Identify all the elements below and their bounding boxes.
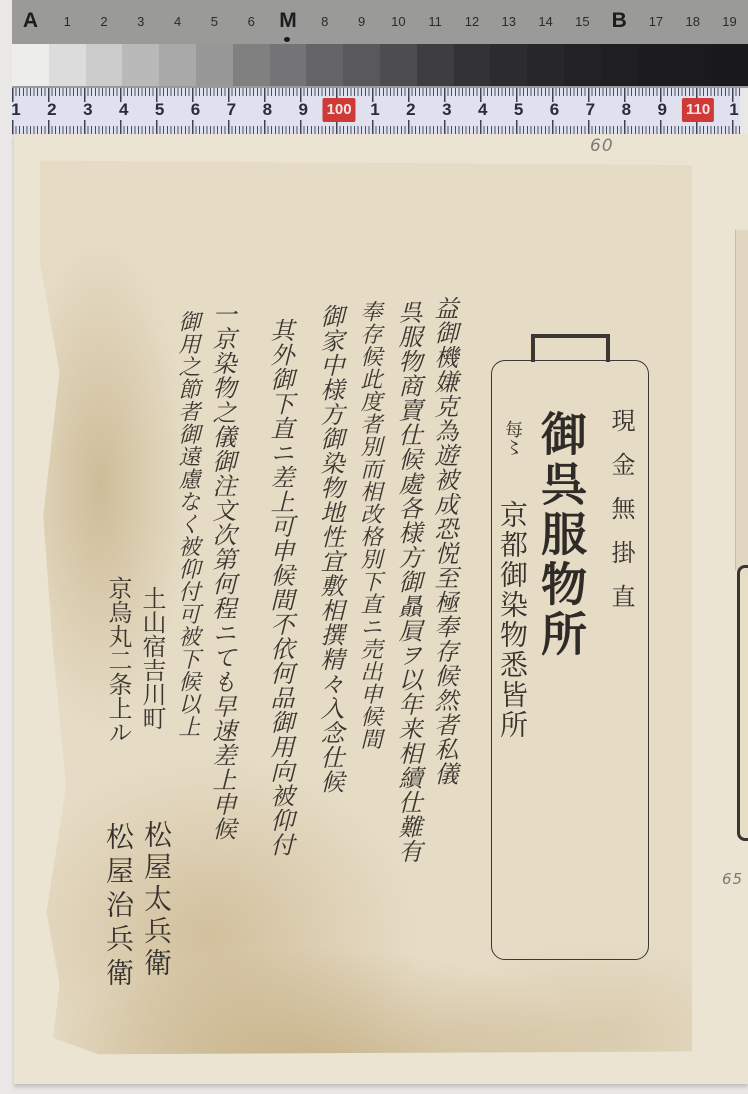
grey-patch [674, 44, 711, 86]
ruler-number: 3 [442, 98, 451, 122]
target-label: 4 [159, 14, 196, 29]
prefix-mark: 每〻 [503, 420, 521, 456]
address-line-2: 京烏丸二条上ル [106, 576, 130, 744]
ruler-number: 4 [119, 98, 128, 122]
grey-patch [233, 44, 270, 86]
body-text-column: 益御機嫌克為遊被成恐悦至極奉存候然者私儀 [432, 296, 456, 1026]
grey-patch [417, 44, 454, 86]
ruler-number: 5 [155, 98, 164, 122]
ruler-number: 1 [729, 98, 738, 122]
target-label: 9 [343, 14, 380, 29]
grey-patch [343, 44, 380, 86]
grey-patch [86, 44, 123, 86]
ruler-number: 7 [586, 98, 595, 122]
target-label: 13 [490, 14, 527, 29]
target-label: 14 [527, 14, 564, 29]
target-label: 2 [86, 14, 123, 29]
grey-scale-patches [12, 44, 748, 86]
cash-no-credit-line: 現金無掛直 [609, 408, 633, 628]
ruler-number: 8 [622, 98, 631, 122]
target-label: 18 [674, 14, 711, 29]
grey-patch [601, 44, 638, 86]
grey-patch [49, 44, 86, 86]
grey-patch [159, 44, 196, 86]
ruler-number: 4 [478, 98, 487, 122]
adjacent-item-frame [737, 565, 748, 841]
target-label: 19 [711, 14, 748, 29]
ruler-number: 5 [514, 98, 523, 122]
merchant-name-2: 松屋治兵衛 [104, 822, 132, 992]
grey-patch [306, 44, 343, 86]
ruler-number: 7 [227, 98, 236, 122]
ruler-number-highlight: 100 [323, 98, 356, 122]
target-label: 8 [306, 14, 343, 29]
target-label: B [601, 9, 638, 33]
adjacent-item-edge [735, 230, 748, 570]
color-reference-target: A 1 2 3 4 5 6 M 8 9 10 11 12 13 14 15 B … [12, 0, 748, 88]
address-line-1: 土山宿吉川町 [140, 586, 164, 730]
kyoto-dyeing-line: 京都御染物悉皆所 [498, 500, 526, 740]
measurement-ruler: 1234567891001234567891101 [12, 88, 740, 135]
target-label: 1 [49, 14, 86, 29]
midpoint-marker-icon [284, 37, 290, 42]
grey-patch [380, 44, 417, 86]
grey-patch [122, 44, 159, 86]
target-label: 17 [638, 14, 675, 29]
ruler-number: 6 [191, 98, 200, 122]
body-text-column: 一京染物之儀御注文次第何程ニても早速差上申候 [210, 302, 234, 1022]
ruler-number: 6 [550, 98, 559, 122]
body-text-column: 其外御下直ニ差上可申候間不依何品御用向被仰付 [268, 318, 292, 1038]
grey-patch [564, 44, 601, 86]
ruler-number: 1 [12, 98, 21, 122]
body-text-column: 御家中様方御染物地性宜敷相撰精々入念仕候 [318, 304, 342, 1034]
pencil-catalog-number: 60 [590, 136, 614, 156]
ruler-number: 2 [406, 98, 415, 122]
target-label: 10 [380, 14, 417, 29]
target-label: A [12, 9, 49, 33]
grey-patch [711, 44, 748, 86]
merchant-name-1: 松屋太兵衛 [142, 820, 170, 980]
target-label: 11 [417, 14, 454, 29]
target-label: M [270, 9, 307, 33]
target-label: 12 [454, 14, 491, 29]
body-text-column: 奉存候此度者別而相改格別下直ニ売出申候間 [358, 300, 380, 1030]
shop-title: 御呉服物所 [538, 410, 584, 660]
target-label: 15 [564, 14, 601, 29]
body-text-column: 御用之節者御遠慮なく被仰付可被下候以上 [176, 310, 198, 1000]
target-label: 6 [233, 14, 270, 29]
grey-patch [490, 44, 527, 86]
signboard-handle [531, 334, 610, 362]
ruler-number-highlight: 110 [682, 98, 714, 122]
ruler-number: 8 [263, 98, 272, 122]
grey-patch [196, 44, 233, 86]
ruler-number: 9 [298, 98, 307, 122]
ruler-number: 1 [370, 98, 379, 122]
target-label: 5 [196, 14, 233, 29]
grey-patch [527, 44, 564, 86]
ruler-number: 3 [83, 98, 92, 122]
pencil-catalog-number-right: 65 [722, 870, 743, 888]
body-text-column: 呉服物商賣仕候處各様方御贔屓ヲ以年来相續仕難有 [396, 300, 420, 1030]
ruler-number: 9 [657, 98, 666, 122]
target-labels: A 1 2 3 4 5 6 M 8 9 10 11 12 13 14 15 B … [12, 0, 748, 42]
grey-patch [638, 44, 675, 86]
grey-patch [270, 44, 307, 86]
ruler-number: 2 [47, 98, 56, 122]
ruler-numbers: 1234567891001234567891101 [12, 98, 740, 122]
grey-patch [12, 44, 49, 86]
target-label: 3 [122, 14, 159, 29]
grey-patch [454, 44, 491, 86]
